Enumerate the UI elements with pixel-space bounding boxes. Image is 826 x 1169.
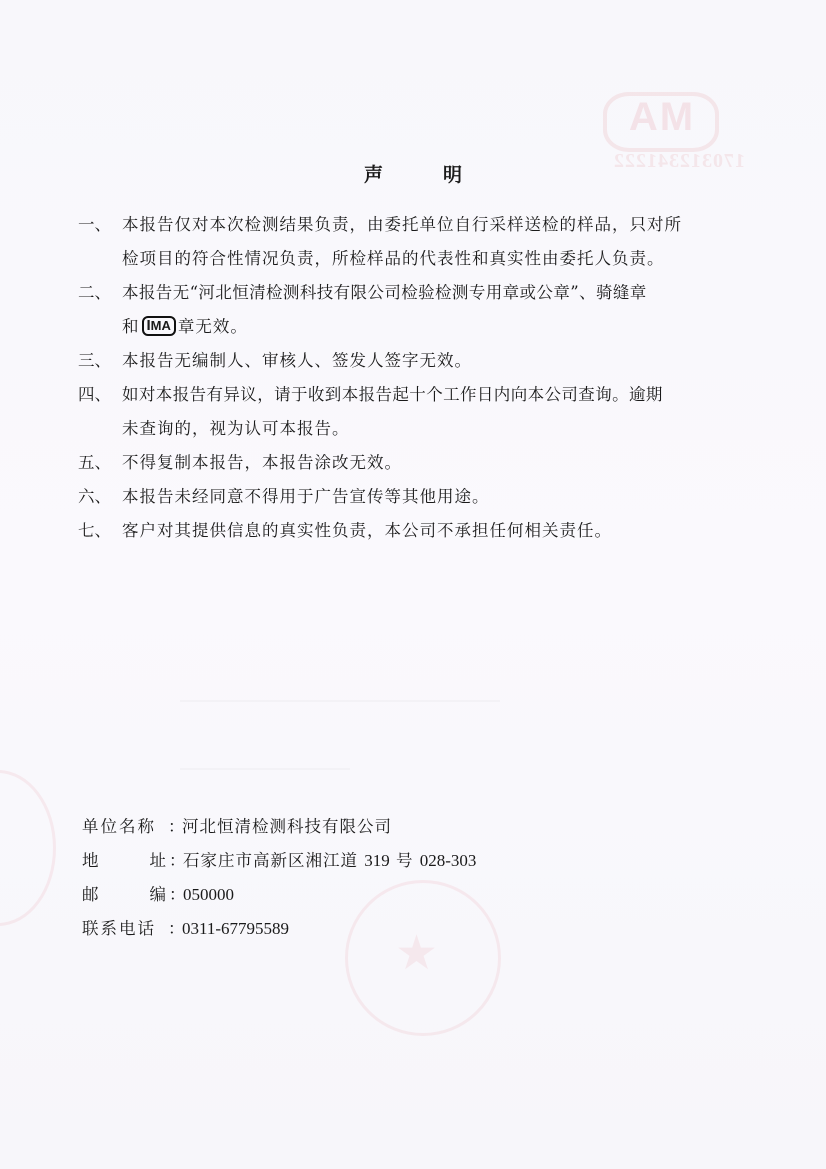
clause-text: 客户对其提供信息的真实性负责，本公司不承担任何相关责任。 bbox=[122, 514, 758, 548]
address-value: 石家庄市高新区湘江道 319 号 028-303 bbox=[183, 844, 476, 878]
clause-text: 本报告无编制人、审核人、签发人签字无效。 bbox=[122, 344, 758, 378]
clause-text: 本报告仅对本次检测结果负责，由委托单位自行采样送检的样品，只对所 检项目的符合性… bbox=[122, 208, 758, 276]
clause-5: 五、 不得复制本报告，本报告涂改无效。 bbox=[78, 446, 758, 480]
postcode-label: 邮编 bbox=[82, 878, 169, 912]
clause-number: 三、 bbox=[78, 344, 122, 378]
clause-line: 本报告仅对本次检测结果负责，由委托单位自行采样送检的样品，只对所 bbox=[122, 208, 758, 242]
clause-number: 五、 bbox=[78, 446, 122, 480]
declaration-clauses: 一、 本报告仅对本次检测结果负责，由委托单位自行采样送检的样品，只对所 检项目的… bbox=[78, 208, 758, 548]
clause-text: 不得复制本报告，本报告涂改无效。 bbox=[122, 446, 758, 480]
ghost-cma-stamp-text: MA bbox=[612, 95, 708, 140]
title-char-1: 声 bbox=[364, 160, 383, 187]
phone-label: 联系电话 bbox=[82, 912, 168, 946]
address-label: 地址 bbox=[82, 844, 169, 878]
clause-line: 本报告无“河北恒清检测科技有限公司检验检测专用章或公章”、骑缝章 bbox=[122, 276, 758, 310]
clause-line: 本报告未经同意不得用于广告宣传等其他用途。 bbox=[122, 480, 758, 514]
title-char-2: 明 bbox=[443, 160, 462, 187]
clause-1: 一、 本报告仅对本次检测结果负责，由委托单位自行采样送检的样品，只对所 检项目的… bbox=[78, 208, 758, 276]
page-title: 声明 bbox=[0, 160, 826, 187]
document-page: MA 170312341222 ★ 声明 一、 本报告仅对本次检测结果负责，由委… bbox=[0, 0, 826, 1169]
contact-info: 单位名称： 河北恒清检测科技有限公司 地址： 石家庄市高新区湘江道 319 号 … bbox=[82, 810, 476, 946]
clause-text: 如对本报告有异议，请于收到本报告起十个工作日内向本公司查询。逾期 未查询的，视为… bbox=[122, 378, 758, 446]
postcode-value: 050000 bbox=[183, 878, 234, 912]
ghost-text-line bbox=[180, 768, 350, 770]
contact-address-row: 地址： 石家庄市高新区湘江道 319 号 028-303 bbox=[82, 844, 476, 878]
clause-line: 检项目的符合性情况负责，所检样品的代表性和真实性由委托人负责。 bbox=[122, 242, 758, 276]
clause-text-fragment: 章无效。 bbox=[178, 317, 248, 336]
ghost-edge-seal bbox=[0, 770, 56, 926]
ghost-text-line bbox=[180, 700, 500, 702]
company-label: 单位名称 bbox=[82, 810, 168, 844]
clause-number: 七、 bbox=[78, 514, 122, 548]
clause-number: 二、 bbox=[78, 276, 122, 310]
company-name: 河北恒清检测科技有限公司 bbox=[182, 810, 392, 844]
cma-mark-icon: IMA bbox=[142, 316, 176, 336]
colon: ： bbox=[168, 810, 182, 844]
clause-line: 未查询的，视为认可本报告。 bbox=[122, 412, 758, 446]
clause-line: 不得复制本报告，本报告涂改无效。 bbox=[122, 446, 758, 480]
clause-text-fragment: 和 bbox=[122, 317, 140, 336]
clause-text: 本报告无“河北恒清检测科技有限公司检验检测专用章或公章”、骑缝章 和IMA章无效… bbox=[122, 276, 758, 344]
clause-6: 六、 本报告未经同意不得用于广告宣传等其他用途。 bbox=[78, 480, 758, 514]
clause-line: 如对本报告有异议，请于收到本报告起十个工作日内向本公司查询。逾期 bbox=[122, 378, 758, 412]
contact-postcode-row: 邮编： 050000 bbox=[82, 878, 476, 912]
colon: ： bbox=[169, 878, 183, 912]
cma-mark-text: MA bbox=[151, 318, 171, 333]
clause-number: 四、 bbox=[78, 378, 122, 412]
clause-number: 六、 bbox=[78, 480, 122, 514]
clause-7: 七、 客户对其提供信息的真实性负责，本公司不承担任何相关责任。 bbox=[78, 514, 758, 548]
clause-text: 本报告未经同意不得用于广告宣传等其他用途。 bbox=[122, 480, 758, 514]
clause-line: 本报告无编制人、审核人、签发人签字无效。 bbox=[122, 344, 758, 378]
colon: ： bbox=[169, 844, 183, 878]
clause-line: 和IMA章无效。 bbox=[122, 310, 758, 344]
phone-value: 0311-67795589 bbox=[182, 912, 289, 946]
clause-number: 一、 bbox=[78, 208, 122, 242]
clause-4: 四、 如对本报告有异议，请于收到本报告起十个工作日内向本公司查询。逾期 未查询的… bbox=[78, 378, 758, 446]
clause-line: 客户对其提供信息的真实性负责，本公司不承担任何相关责任。 bbox=[122, 514, 758, 548]
clause-3: 三、 本报告无编制人、审核人、签发人签字无效。 bbox=[78, 344, 758, 378]
contact-phone-row: 联系电话： 0311-67795589 bbox=[82, 912, 476, 946]
clause-2: 二、 本报告无“河北恒清检测科技有限公司检验检测专用章或公章”、骑缝章 和IMA… bbox=[78, 276, 758, 344]
colon: ： bbox=[168, 912, 182, 946]
contact-company-row: 单位名称： 河北恒清检测科技有限公司 bbox=[82, 810, 476, 844]
